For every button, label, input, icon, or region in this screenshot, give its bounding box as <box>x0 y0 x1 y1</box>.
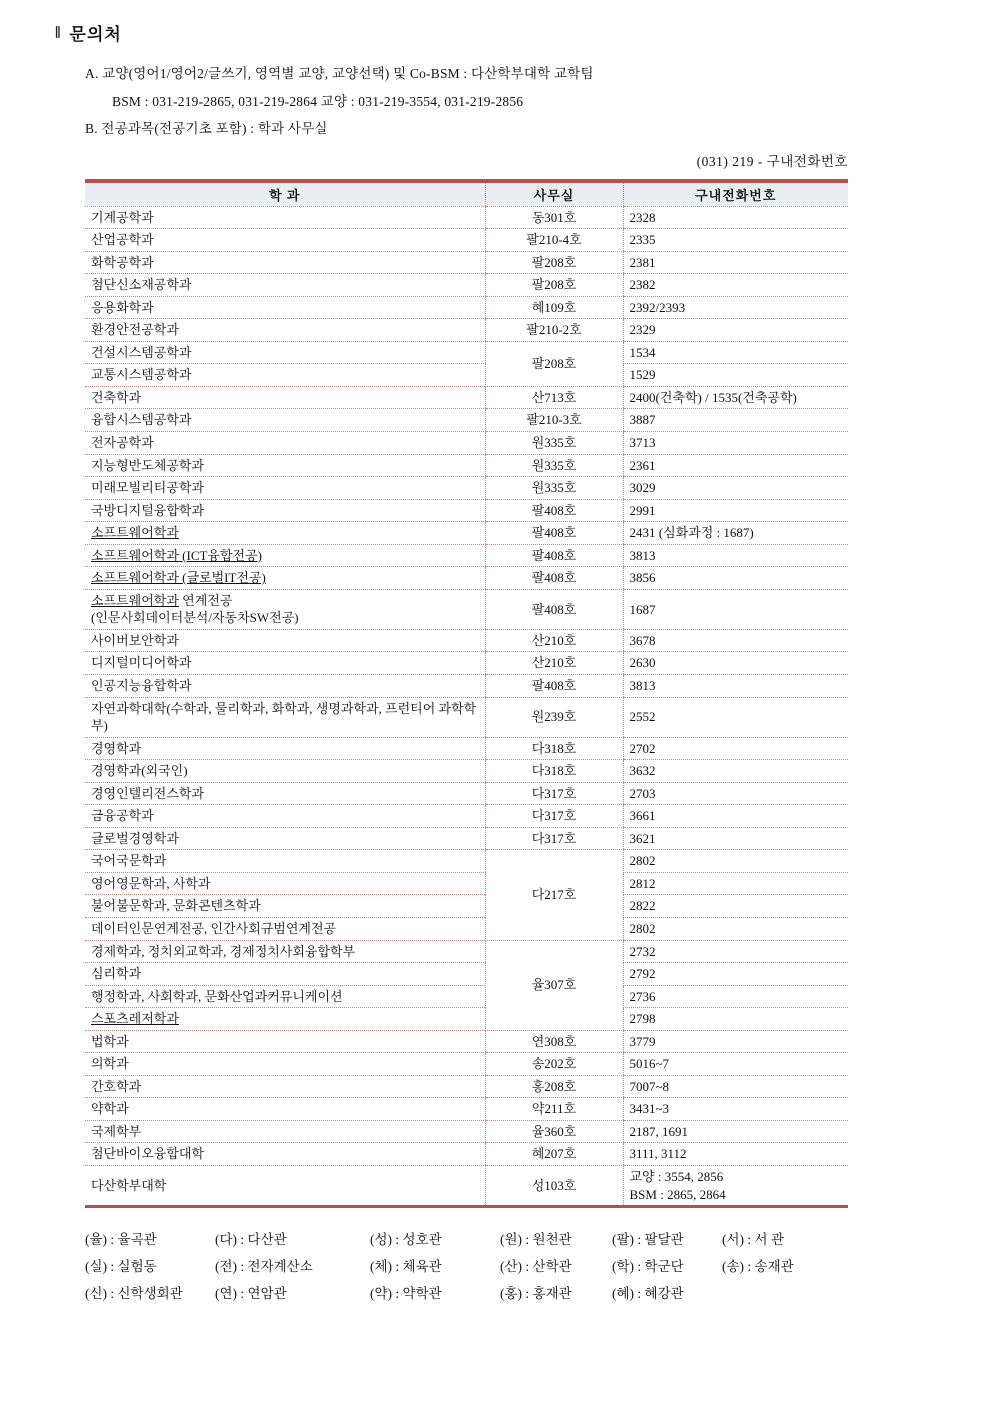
phone-cell: 2736 <box>623 985 848 1008</box>
table-row: 스포츠레저학과2798 <box>85 1008 848 1031</box>
table-row: 다산학부대학성103호교양 : 3554, 2856BSM : 2865, 28… <box>85 1166 848 1207</box>
legend-item: (성) : 성호관 <box>370 1228 500 1248</box>
dept-cell: 화학공학과 <box>85 251 485 274</box>
dept-cell: 간호학과 <box>85 1075 485 1098</box>
intro-list: A. 교양(영어1/영어2/글쓰기, 영역별 교양, 교양선택) 및 Co-BS… <box>85 67 992 136</box>
department-table: 학 과 사무실 구내전화번호 기계공학과동301호2328산업공학과팔210-4… <box>85 179 848 1209</box>
legend-item: (율) : 율곡관 <box>85 1228 215 1248</box>
office-cell: 연308호 <box>485 1030 623 1053</box>
dept-cell: 소프트웨어학과 연계전공(인문사회데이터분석/자동차SW전공) <box>85 589 485 629</box>
phone-cell: 2822 <box>623 895 848 918</box>
office-cell: 다317호 <box>485 782 623 805</box>
table-row: 기계공학과동301호2328 <box>85 206 848 229</box>
legend-row: (신) : 신학생회관(연) : 연암관(약) : 약학관(홍) : 홍재관(혜… <box>85 1282 875 1302</box>
dept-cell: 스포츠레저학과 <box>85 1008 485 1031</box>
phone-cell: 3713 <box>623 431 848 454</box>
dept-cell: 환경안전공학과 <box>85 319 485 342</box>
phone-cell: 2381 <box>623 251 848 274</box>
legend-item: (서) : 서 관 <box>722 1228 784 1248</box>
office-cell: 다317호 <box>485 805 623 828</box>
phone-cell: 2802 <box>623 918 848 941</box>
table-row: 소프트웨어학과팔408호2431 (심화과정 : 1687) <box>85 522 848 545</box>
phone-cell: 2392/2393 <box>623 296 848 319</box>
phone-cell: 3632 <box>623 760 848 783</box>
dept-cell: 소프트웨어학과 (ICT융합전공) <box>85 544 485 567</box>
dept-cell: 지능형반도체공학과 <box>85 454 485 477</box>
legend-item: (산) : 산학관 <box>500 1255 612 1275</box>
office-cell: 다317호 <box>485 827 623 850</box>
office-cell: 원239호 <box>485 697 623 737</box>
legend-item: (혜) : 혜강관 <box>612 1282 722 1302</box>
office-cell: 혜207호 <box>485 1143 623 1166</box>
legend-item: (송) : 송재관 <box>722 1255 794 1275</box>
dept-cell: 경제학과, 정치외교학과, 경제정치사회융합학부 <box>85 940 485 963</box>
office-cell: 동301호 <box>485 206 623 229</box>
table-row: 교통시스템공학과1529 <box>85 364 848 387</box>
dept-cell: 데이터인문연계전공, 인간사회규범연계전공 <box>85 918 485 941</box>
dept-cell: 기계공학과 <box>85 206 485 229</box>
table-row: 소프트웨어학과 연계전공(인문사회데이터분석/자동차SW전공)팔408호1687 <box>85 589 848 629</box>
dept-cell: 교통시스템공학과 <box>85 364 485 387</box>
table-row: 융합시스템공학과팔210-3호3887 <box>85 409 848 432</box>
legend-item: (연) : 연암관 <box>215 1282 370 1302</box>
office-cell: 팔408호 <box>485 544 623 567</box>
dept-cell: 국제학부 <box>85 1120 485 1143</box>
legend-item: (전) : 전자계산소 <box>215 1255 370 1275</box>
office-cell: 원335호 <box>485 477 623 500</box>
dept-cell: 경영인텔리전스학과 <box>85 782 485 805</box>
table-row: 지능형반도체공학과원335호2361 <box>85 454 848 477</box>
phone-cell: 교양 : 3554, 2856BSM : 2865, 2864 <box>623 1166 848 1207</box>
table-row: 경영학과다318호2702 <box>85 737 848 760</box>
legend-item: (홍) : 홍재관 <box>500 1282 612 1302</box>
table-row: 건설시스템공학과팔208호1534 <box>85 341 848 364</box>
phone-cell: 2732 <box>623 940 848 963</box>
office-cell: 팔408호 <box>485 674 623 697</box>
dept-cell: 응용화학과 <box>85 296 485 319</box>
office-cell: 율307호 <box>485 940 623 1030</box>
phone-cell: 2382 <box>623 274 848 297</box>
table-row: 국어국문학과다217호2802 <box>85 850 848 873</box>
phone-cell: 2329 <box>623 319 848 342</box>
table-row: 심리학과2792 <box>85 963 848 986</box>
phone-cell: 3813 <box>623 674 848 697</box>
phone-cell: 2328 <box>623 206 848 229</box>
dept-cell: 글로벌경영학과 <box>85 827 485 850</box>
table-row: 경영인텔리전스학과다317호2703 <box>85 782 848 805</box>
legend-item: (실) : 실험동 <box>85 1255 215 1275</box>
table-row: 경제학과, 정치외교학과, 경제정치사회융합학부율307호2732 <box>85 940 848 963</box>
legend-row: (실) : 실험동(전) : 전자계산소(체) : 체육관(산) : 산학관(학… <box>85 1255 875 1275</box>
phone-cell: 1687 <box>623 589 848 629</box>
table-row: 전자공학과원335호3713 <box>85 431 848 454</box>
intro-item-b: B. 전공과목(전공기초 포함) : 학과 사무실 <box>85 122 992 136</box>
table-row: 건축학과산713호2400(건축학) / 1535(건축공학) <box>85 386 848 409</box>
office-cell: 팔208호 <box>485 251 623 274</box>
header-phone: 구내전화번호 <box>623 181 848 207</box>
office-cell: 산713호 <box>485 386 623 409</box>
phone-cell: 2802 <box>623 850 848 873</box>
title-bars-icon: ‖ <box>55 23 62 43</box>
intro-item-a: A. 교양(영어1/영어2/글쓰기, 영역별 교양, 교양선택) 및 Co-BS… <box>85 67 992 81</box>
dept-cell: 전자공학과 <box>85 431 485 454</box>
phone-cell: 1534 <box>623 341 848 364</box>
table-row: 미래모빌리티공학과원335호3029 <box>85 477 848 500</box>
table-row: 인공지능융합학과팔408호3813 <box>85 674 848 697</box>
phone-cell: 2991 <box>623 499 848 522</box>
dept-cell: 산업공학과 <box>85 229 485 252</box>
table-row: 영어영문학과, 사학과2812 <box>85 872 848 895</box>
header-office: 사무실 <box>485 181 623 207</box>
office-cell: 산210호 <box>485 629 623 652</box>
page-title-text: 문의처 <box>70 20 122 45</box>
table-row: 금융공학과다317호3661 <box>85 805 848 828</box>
office-cell: 다318호 <box>485 737 623 760</box>
dept-cell: 법학과 <box>85 1030 485 1053</box>
phone-cell: 3887 <box>623 409 848 432</box>
phone-cell: 2552 <box>623 697 848 737</box>
table-row: 디지털미디어학과산210호2630 <box>85 652 848 675</box>
extension-note: (031) 219 - 구내전화번호 <box>85 150 848 170</box>
phone-cell: 2798 <box>623 1008 848 1031</box>
phone-cell: 2630 <box>623 652 848 675</box>
dept-cell: 의학과 <box>85 1053 485 1076</box>
phone-cell: 2703 <box>623 782 848 805</box>
dept-cell: 영어영문학과, 사학과 <box>85 872 485 895</box>
table-row: 약학과약211호3431~3 <box>85 1098 848 1121</box>
dept-cell: 심리학과 <box>85 963 485 986</box>
office-cell: 팔408호 <box>485 589 623 629</box>
legend-item: (학) : 학군단 <box>612 1255 722 1275</box>
dept-cell: 융합시스템공학과 <box>85 409 485 432</box>
phone-cell: 3621 <box>623 827 848 850</box>
legend-item: (팔) : 팔달관 <box>612 1228 722 1248</box>
dept-cell: 미래모빌리티공학과 <box>85 477 485 500</box>
legend-item: (신) : 신학생회관 <box>85 1282 215 1302</box>
dept-cell: 첨단바이오융합대학 <box>85 1143 485 1166</box>
intro-item-a-phones: BSM : 031-219-2865, 031-219-2864 교양 : 03… <box>112 95 992 109</box>
office-cell: 팔408호 <box>485 567 623 590</box>
table-row: 글로벌경영학과다317호3621 <box>85 827 848 850</box>
dept-cell: 디지털미디어학과 <box>85 652 485 675</box>
phone-cell: 3431~3 <box>623 1098 848 1121</box>
phone-cell: 3678 <box>623 629 848 652</box>
phone-cell: 3813 <box>623 544 848 567</box>
dept-cell: 첨단신소재공학과 <box>85 274 485 297</box>
table-row: 불어불문학과, 문화콘텐츠학과2822 <box>85 895 848 918</box>
table-row: 화학공학과팔208호2381 <box>85 251 848 274</box>
phone-cell: 2187, 1691 <box>623 1120 848 1143</box>
office-cell: 홍208호 <box>485 1075 623 1098</box>
office-cell: 팔408호 <box>485 522 623 545</box>
table-row: 자연과학대학(수학과, 물리학과, 화학과, 생명과학과, 프런티어 과학학부)… <box>85 697 848 737</box>
table-row: 소프트웨어학과 (글로벌IT전공)팔408호3856 <box>85 567 848 590</box>
dept-cell: 약학과 <box>85 1098 485 1121</box>
table-row: 경영학과(외국인)다318호3632 <box>85 760 848 783</box>
dept-cell: 건축학과 <box>85 386 485 409</box>
legend-row: (율) : 율곡관(다) : 다산관(성) : 성호관(원) : 원천관(팔) … <box>85 1228 875 1248</box>
office-cell: 송202호 <box>485 1053 623 1076</box>
dept-cell: 국어국문학과 <box>85 850 485 873</box>
table-row: 소프트웨어학과 (ICT융합전공)팔408호3813 <box>85 544 848 567</box>
document-page: ‖ 문의처 A. 교양(영어1/영어2/글쓰기, 영역별 교양, 교양선택) 및… <box>0 0 992 1302</box>
dept-cell: 경영학과 <box>85 737 485 760</box>
office-cell: 혜109호 <box>485 296 623 319</box>
phone-cell: 2702 <box>623 737 848 760</box>
phone-cell: 2431 (심화과정 : 1687) <box>623 522 848 545</box>
office-cell: 약211호 <box>485 1098 623 1121</box>
phone-cell: 5016~7 <box>623 1053 848 1076</box>
legend-item: (체) : 체육관 <box>370 1255 500 1275</box>
office-cell: 팔210-4호 <box>485 229 623 252</box>
dept-cell: 경영학과(외국인) <box>85 760 485 783</box>
dept-cell: 행정학과, 사회학과, 문화산업과커뮤니케이션 <box>85 985 485 1008</box>
phone-cell: 2812 <box>623 872 848 895</box>
office-cell: 산210호 <box>485 652 623 675</box>
table-row: 국제학부율360호2187, 1691 <box>85 1120 848 1143</box>
phone-cell: 1529 <box>623 364 848 387</box>
office-cell: 다217호 <box>485 850 623 940</box>
table-row: 환경안전공학과팔210-2호2329 <box>85 319 848 342</box>
phone-cell: 3029 <box>623 477 848 500</box>
table-row: 법학과연308호3779 <box>85 1030 848 1053</box>
office-cell: 원335호 <box>485 454 623 477</box>
office-cell: 팔210-2호 <box>485 319 623 342</box>
legend-item: (다) : 다산관 <box>215 1228 370 1248</box>
phone-cell: 2335 <box>623 229 848 252</box>
dept-cell: 자연과학대학(수학과, 물리학과, 화학과, 생명과학과, 프런티어 과학학부) <box>85 697 485 737</box>
office-cell: 팔208호 <box>485 274 623 297</box>
table-row: 산업공학과팔210-4호2335 <box>85 229 848 252</box>
table-row: 첨단바이오융합대학혜207호3111, 3112 <box>85 1143 848 1166</box>
dept-cell: 금융공학과 <box>85 805 485 828</box>
table-row: 행정학과, 사회학과, 문화산업과커뮤니케이션2736 <box>85 985 848 1008</box>
phone-cell: 3856 <box>623 567 848 590</box>
dept-table-body: 기계공학과동301호2328산업공학과팔210-4호2335화학공학과팔208호… <box>85 206 848 1207</box>
header-dept: 학 과 <box>85 181 485 207</box>
dept-cell: 사이버보안학과 <box>85 629 485 652</box>
office-cell: 팔208호 <box>485 341 623 386</box>
office-cell: 팔408호 <box>485 499 623 522</box>
legend-item: (약) : 약학관 <box>370 1282 500 1302</box>
phone-cell: 2361 <box>623 454 848 477</box>
table-row: 사이버보안학과산210호3678 <box>85 629 848 652</box>
phone-cell: 7007~8 <box>623 1075 848 1098</box>
phone-cell: 3111, 3112 <box>623 1143 848 1166</box>
dept-cell: 건설시스템공학과 <box>85 341 485 364</box>
office-cell: 성103호 <box>485 1166 623 1207</box>
dept-cell: 인공지능융합학과 <box>85 674 485 697</box>
table-row: 첨단신소재공학과팔208호2382 <box>85 274 848 297</box>
dept-cell: 불어불문학과, 문화콘텐츠학과 <box>85 895 485 918</box>
phone-cell: 2400(건축학) / 1535(건축공학) <box>623 386 848 409</box>
office-cell: 원335호 <box>485 431 623 454</box>
phone-cell: 2792 <box>623 963 848 986</box>
table-row: 데이터인문연계전공, 인간사회규범연계전공2802 <box>85 918 848 941</box>
office-cell: 율360호 <box>485 1120 623 1143</box>
dept-cell: 다산학부대학 <box>85 1166 485 1207</box>
table-row: 간호학과홍208호7007~8 <box>85 1075 848 1098</box>
office-cell: 다318호 <box>485 760 623 783</box>
dept-cell: 국방디지털융합학과 <box>85 499 485 522</box>
phone-cell: 3661 <box>623 805 848 828</box>
table-row: 의학과송202호5016~7 <box>85 1053 848 1076</box>
building-legend: (율) : 율곡관(다) : 다산관(성) : 성호관(원) : 원천관(팔) … <box>85 1228 875 1302</box>
table-row: 응용화학과혜109호2392/2393 <box>85 296 848 319</box>
table-header-row: 학 과 사무실 구내전화번호 <box>85 181 848 207</box>
office-cell: 팔210-3호 <box>485 409 623 432</box>
page-title: ‖ 문의처 <box>55 20 992 45</box>
table-row: 국방디지털융합학과팔408호2991 <box>85 499 848 522</box>
dept-cell: 소프트웨어학과 <box>85 522 485 545</box>
legend-item: (원) : 원천관 <box>500 1228 612 1248</box>
dept-cell: 소프트웨어학과 (글로벌IT전공) <box>85 567 485 590</box>
phone-cell: 3779 <box>623 1030 848 1053</box>
